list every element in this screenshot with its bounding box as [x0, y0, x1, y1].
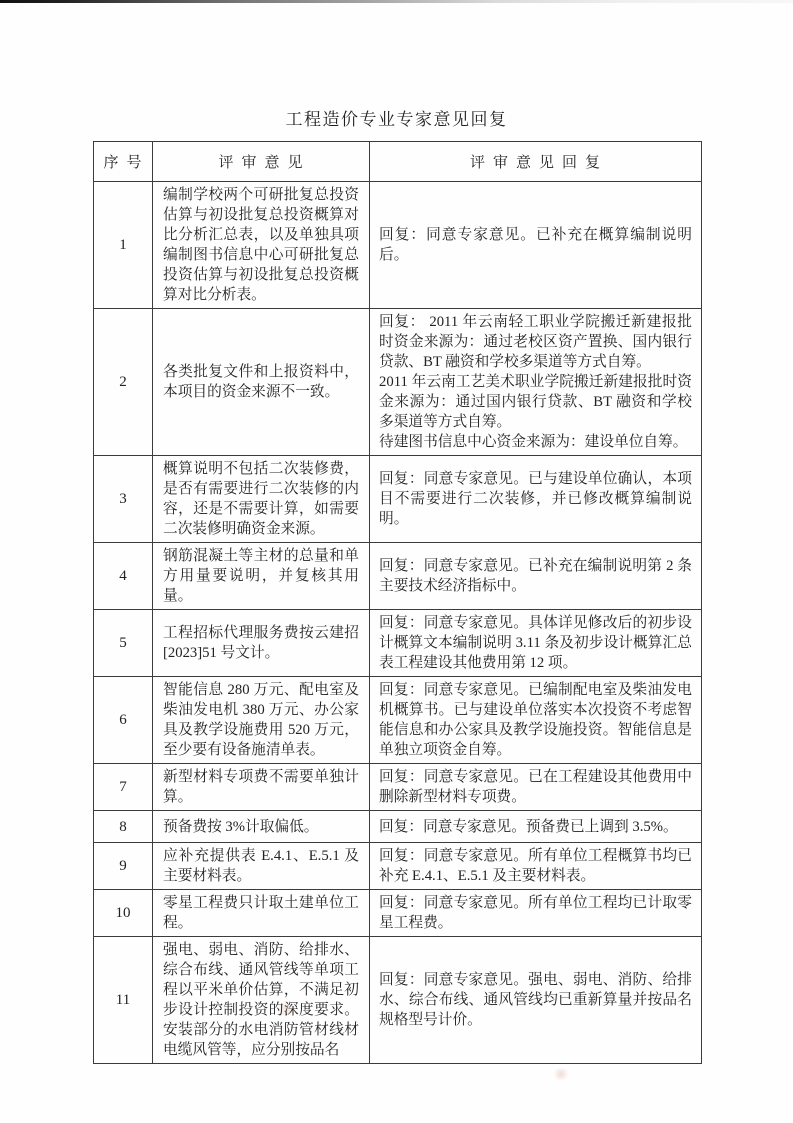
review-table: 序号 评审意见 评审意见回复 1 编制学校两个可研批复总投资估算与初设批复总投资…: [93, 141, 702, 1064]
review-opinion: 编制学校两个可研批复总投资估算与初设批复总投资概算对比分析汇总表，以及单独具项编…: [153, 182, 370, 309]
review-opinion: 钢筋混凝土等主材的总量和单方用量要说明，并复核其用量。: [153, 543, 370, 610]
table-row: 10 零星工程费只计取土建单位工程。 回复：同意专家意见。所有单位工程均已计取零…: [94, 890, 702, 937]
review-reply: 回复：同意专家意见。已补充在编制说明第 2 条主要技术经济指标中。: [370, 543, 702, 610]
table-row: 9 应补充提供表 E.4.1、E.5.1 及主要材料表。 回复：同意专家意见。所…: [94, 843, 702, 890]
table-row: 4 钢筋混凝土等主材的总量和单方用量要说明，并复核其用量。 回复：同意专家意见。…: [94, 543, 702, 610]
row-number: 4: [94, 543, 153, 610]
page-title: 工程造价专业专家意见回复: [0, 105, 793, 130]
scan-smudge: [552, 1068, 570, 1080]
review-opinion: 预备费按 3%计取偏低。: [153, 811, 370, 843]
review-opinion: 各类批复文件和上报资料中，本项目的资金来源不一致。: [153, 309, 370, 456]
review-opinion: 概算说明不包括二次装修费，是否有需要进行二次装修的内容，还是不需要计算，如需要二…: [153, 456, 370, 543]
row-number: 11: [94, 937, 153, 1064]
table-row: 2 各类批复文件和上报资料中，本项目的资金来源不一致。 回复： 2011 年云南…: [94, 309, 702, 456]
review-opinion: 零星工程费只计取土建单位工程。: [153, 890, 370, 937]
review-reply: 回复：同意专家意见。已编制配电室及柴油发电机概算书。已与建设单位落实本次投资不考…: [370, 677, 702, 764]
row-number: 8: [94, 811, 153, 843]
table-row: 1 编制学校两个可研批复总投资估算与初设批复总投资概算对比分析汇总表，以及单独具…: [94, 182, 702, 309]
table-row: 7 新型材料专项费不需要单独计算。 回复：同意专家意见。已在工程建设其他费用中删…: [94, 764, 702, 811]
row-number: 1: [94, 182, 153, 309]
header-row: 序号 评审意见 评审意见回复: [94, 142, 702, 182]
review-reply: 回复：同意专家意见。已与建设单位确认，本项目不需要进行二次装修，并已修改概算编制…: [370, 456, 702, 543]
table-row: 6 智能信息 280 万元、配电室及柴油发电机 380 万元、办公家具及教学设施…: [94, 677, 702, 764]
review-opinion: 强电、弱电、消防、给排水、综合布线、通风管线等单项工程以平米单价估算，不满足初步…: [153, 937, 370, 1064]
table-row: 3 概算说明不包括二次装修费，是否有需要进行二次装修的内容，还是不需要计算，如需…: [94, 456, 702, 543]
row-number: 3: [94, 456, 153, 543]
review-reply: 回复：同意专家意见。所有单位工程概算书均已补充 E.4.1、E.5.1 及主要材…: [370, 843, 702, 890]
review-opinion: 新型材料专项费不需要单独计算。: [153, 764, 370, 811]
row-number: 7: [94, 764, 153, 811]
row-number: 10: [94, 890, 153, 937]
review-reply: 回复：同意专家意见。强电、弱电、消防、给排水、综合布线、通风管线均已重新算量并按…: [370, 937, 702, 1064]
document-page: 工程造价专业专家意见回复 序号 评审意见 评审意见回复 1 编制学校两个可研批复…: [0, 0, 793, 1123]
review-opinion: 工程招标代理服务费按云建招[2023]51 号文计。: [153, 610, 370, 677]
review-reply: 回复：同意专家意见。所有单位工程均已计取零星工程费。: [370, 890, 702, 937]
row-number: 9: [94, 843, 153, 890]
row-number: 2: [94, 309, 153, 456]
scan-artifact-line: [0, 0, 793, 3]
column-header-opinion: 评审意见: [153, 142, 370, 182]
row-number: 6: [94, 677, 153, 764]
row-number: 5: [94, 610, 153, 677]
review-reply: 回复：同意专家意见。已补充在概算编制说明后。: [370, 182, 702, 309]
table-row: 5 工程招标代理服务费按云建招[2023]51 号文计。 回复：同意专家意见。具…: [94, 610, 702, 677]
review-opinion: 应补充提供表 E.4.1、E.5.1 及主要材料表。: [153, 843, 370, 890]
column-header-reply: 评审意见回复: [370, 142, 702, 182]
column-header-index: 序号: [94, 142, 153, 182]
table-row: 8 预备费按 3%计取偏低。 回复：同意专家意见。预备费已上调到 3.5%。: [94, 811, 702, 843]
table-row: 11 强电、弱电、消防、给排水、综合布线、通风管线等单项工程以平米单价估算，不满…: [94, 937, 702, 1064]
review-reply: 回复：同意专家意见。预备费已上调到 3.5%。: [370, 811, 702, 843]
review-reply: 回复：同意专家意见。已在工程建设其他费用中删除新型材料专项费。: [370, 764, 702, 811]
review-reply: 回复：同意专家意见。具体详见修改后的初步设计概算文本编制说明 3.11 条及初步…: [370, 610, 702, 677]
review-opinion: 智能信息 280 万元、配电室及柴油发电机 380 万元、办公家具及教学设施费用…: [153, 677, 370, 764]
review-reply: 回复： 2011 年云南轻工职业学院搬迁新建报批时资金来源为：通过老校区资产置换…: [370, 309, 702, 456]
